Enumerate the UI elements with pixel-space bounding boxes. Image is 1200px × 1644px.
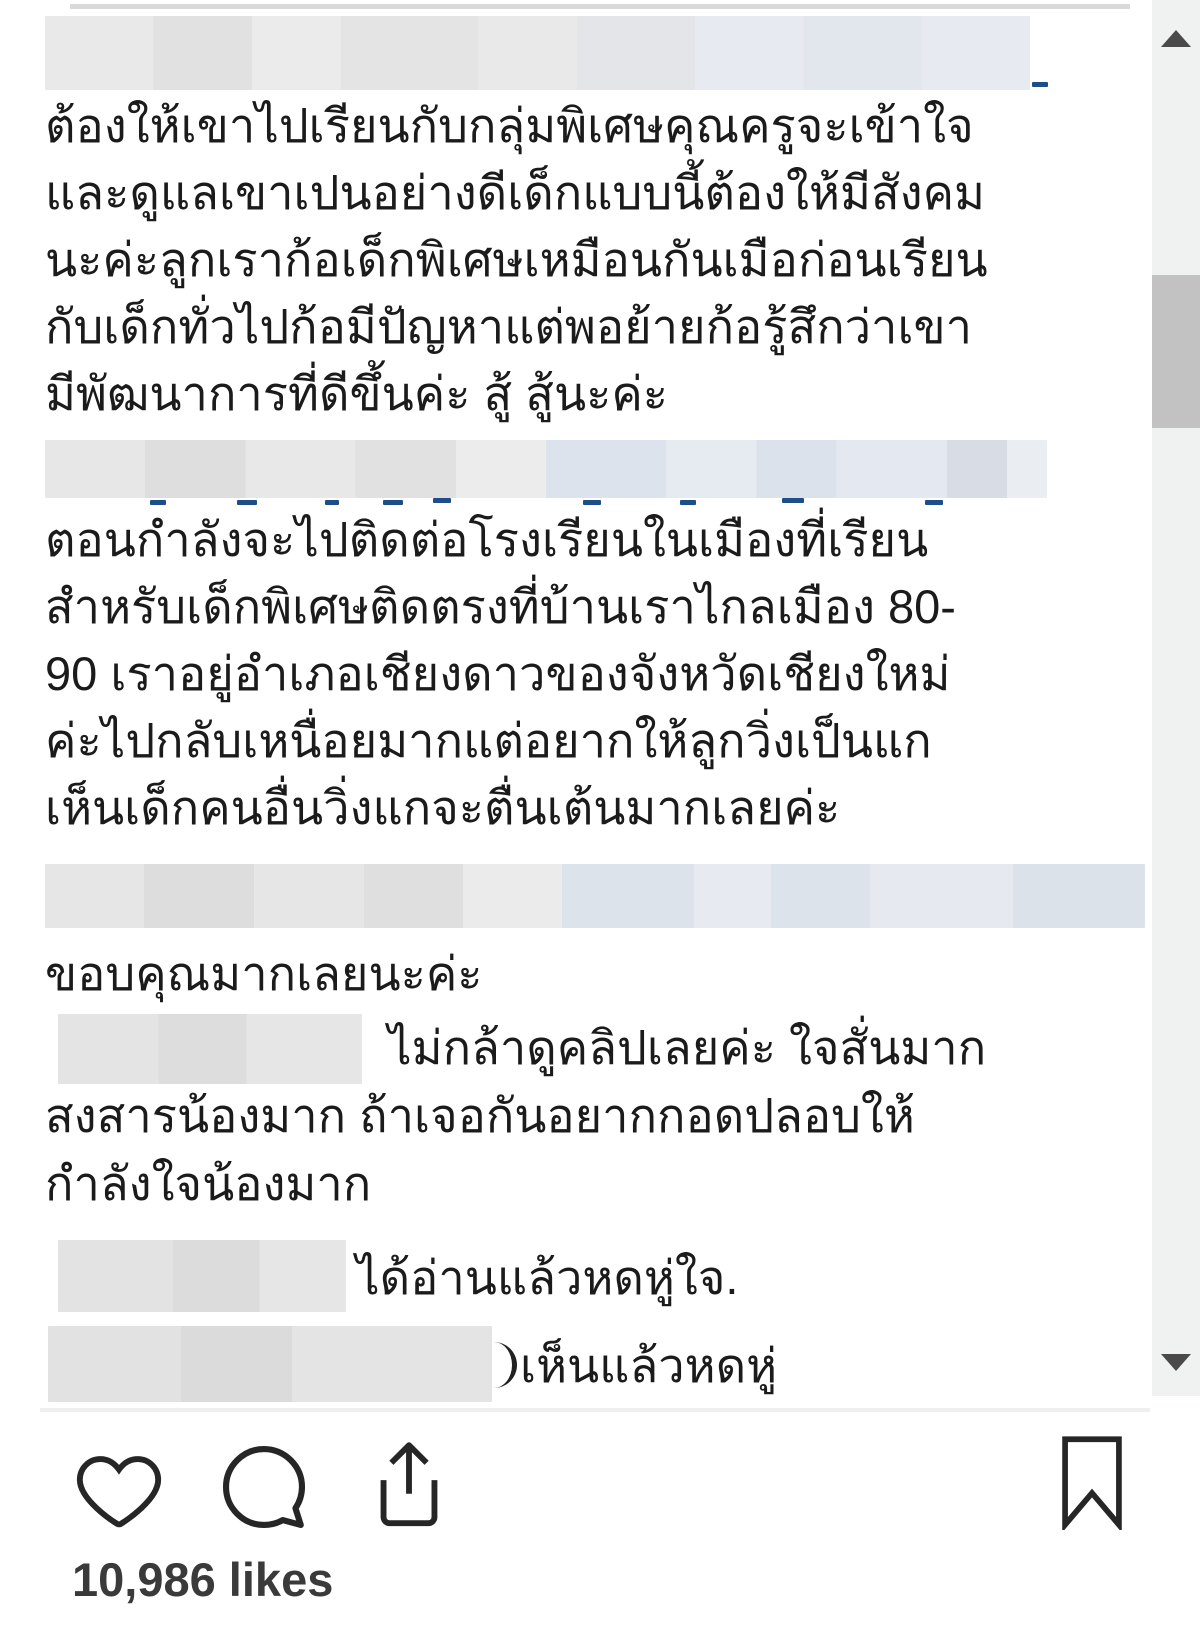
redacted-username-2[interactable] bbox=[45, 440, 1047, 498]
comment-button[interactable] bbox=[215, 1438, 313, 1536]
link-underline-mark bbox=[782, 498, 804, 503]
comment-text-line: นะค่ะลูกเราก้อเด็กพิเศษเหมือนกันเมือก่อน… bbox=[45, 230, 988, 290]
share-button[interactable] bbox=[362, 1432, 456, 1536]
bookmark-icon bbox=[1054, 1434, 1130, 1530]
comment-text-line: 90 เราอยู่อำเภอเชียงดาวของจังหวัดเชียงให… bbox=[45, 644, 956, 704]
comment-text-line: ตอนกำลังจะไปติดต่อโรงเรียนในเมืองที่เรีย… bbox=[45, 510, 956, 570]
clipped-glyph-fragment bbox=[494, 1342, 517, 1388]
link-underline-mark bbox=[325, 500, 339, 505]
comment-text-line: ค่ะไปกลับเหนื่อยมากแต่อยากให้ลูกวิ่งเป็น… bbox=[45, 711, 956, 771]
comment-text-line: ต้องให้เขาไปเรียนกับกลุ่มพิเศษคุณครูจะเข… bbox=[45, 96, 988, 156]
comment-6-text: เห็นแล้วหดหู่ bbox=[520, 1336, 777, 1396]
redacted-username-6[interactable] bbox=[48, 1326, 492, 1402]
save-button[interactable] bbox=[1054, 1434, 1130, 1530]
likes-count[interactable]: 10,986 likes bbox=[72, 1552, 333, 1607]
redacted-username-5[interactable] bbox=[58, 1240, 346, 1312]
comment-2-text: ตอนกำลังจะไปติดต่อโรงเรียนในเมืองที่เรีย… bbox=[45, 510, 956, 838]
scrollbar-thumb[interactable] bbox=[1152, 275, 1200, 428]
comment-text-line: กำลังใจน้องมาก bbox=[45, 1154, 371, 1214]
comment-1-text: ต้องให้เขาไปเรียนกับกลุ่มพิเศษคุณครูจะเข… bbox=[45, 96, 988, 424]
scroll-down-arrow-icon[interactable] bbox=[1161, 1354, 1191, 1371]
link-underline-mark bbox=[433, 498, 451, 503]
link-underline-mark bbox=[925, 500, 943, 505]
scroll-up-arrow-icon[interactable] bbox=[1161, 30, 1191, 47]
comment-text-line: เห็นเด็กคนอื่นวิ่งแกจะตื่นเต้นมากเลยค่ะ bbox=[45, 778, 956, 838]
speech-bubble-icon bbox=[215, 1438, 313, 1536]
link-underline-mark bbox=[383, 500, 403, 505]
redacted-username-3[interactable] bbox=[45, 864, 1145, 928]
comment-5-text: ได้อ่านแล้วหดหู่ใจ. bbox=[356, 1248, 738, 1308]
comment-text-line: กับเด็กทั่วไปก้อมีปัญหาแต่พอย้ายก้อรู้สึ… bbox=[45, 297, 988, 357]
redacted-username-1[interactable] bbox=[45, 16, 1030, 90]
link-underline-mark bbox=[150, 500, 166, 505]
link-underline-mark bbox=[1032, 82, 1048, 87]
top-hairline bbox=[70, 4, 1130, 9]
comment-3-text: ขอบคุณมากเลยนะค่ะ bbox=[45, 944, 483, 1004]
section-divider bbox=[40, 1408, 1150, 1412]
comment-text-line: มีพัฒนาการที่ดีขึ้นค่ะ สู้ สู้นะค่ะ bbox=[45, 364, 988, 424]
share-arrow-icon bbox=[362, 1432, 456, 1536]
redacted-username-4[interactable] bbox=[58, 1014, 362, 1084]
comments-panel: ต้องให้เขาไปเรียนกับกลุ่มพิเศษคุณครูจะเข… bbox=[0, 0, 1200, 1644]
scrollbar[interactable] bbox=[1152, 0, 1200, 1396]
like-button[interactable] bbox=[72, 1440, 166, 1536]
link-underline-mark bbox=[237, 500, 257, 505]
comment-text-line: สงสารน้องมาก ถ้าเจอกันอยากกอดปลอบให้ bbox=[45, 1086, 915, 1146]
comment-text-line: สำหรับเด็กพิเศษติดตรงที่บ้านเราไกลเมือง … bbox=[45, 577, 956, 637]
comment-text-line: ไม่กล้าดูคลิปเลยค่ะ ใจสั่นมาก bbox=[388, 1018, 986, 1078]
link-underline-mark bbox=[680, 500, 696, 505]
comment-text-line: และดูแลเขาเปนอย่างดีเด็กแบบนี้ต้องให้มีส… bbox=[45, 163, 988, 223]
heart-icon bbox=[72, 1440, 166, 1536]
link-underline-mark bbox=[583, 500, 601, 505]
